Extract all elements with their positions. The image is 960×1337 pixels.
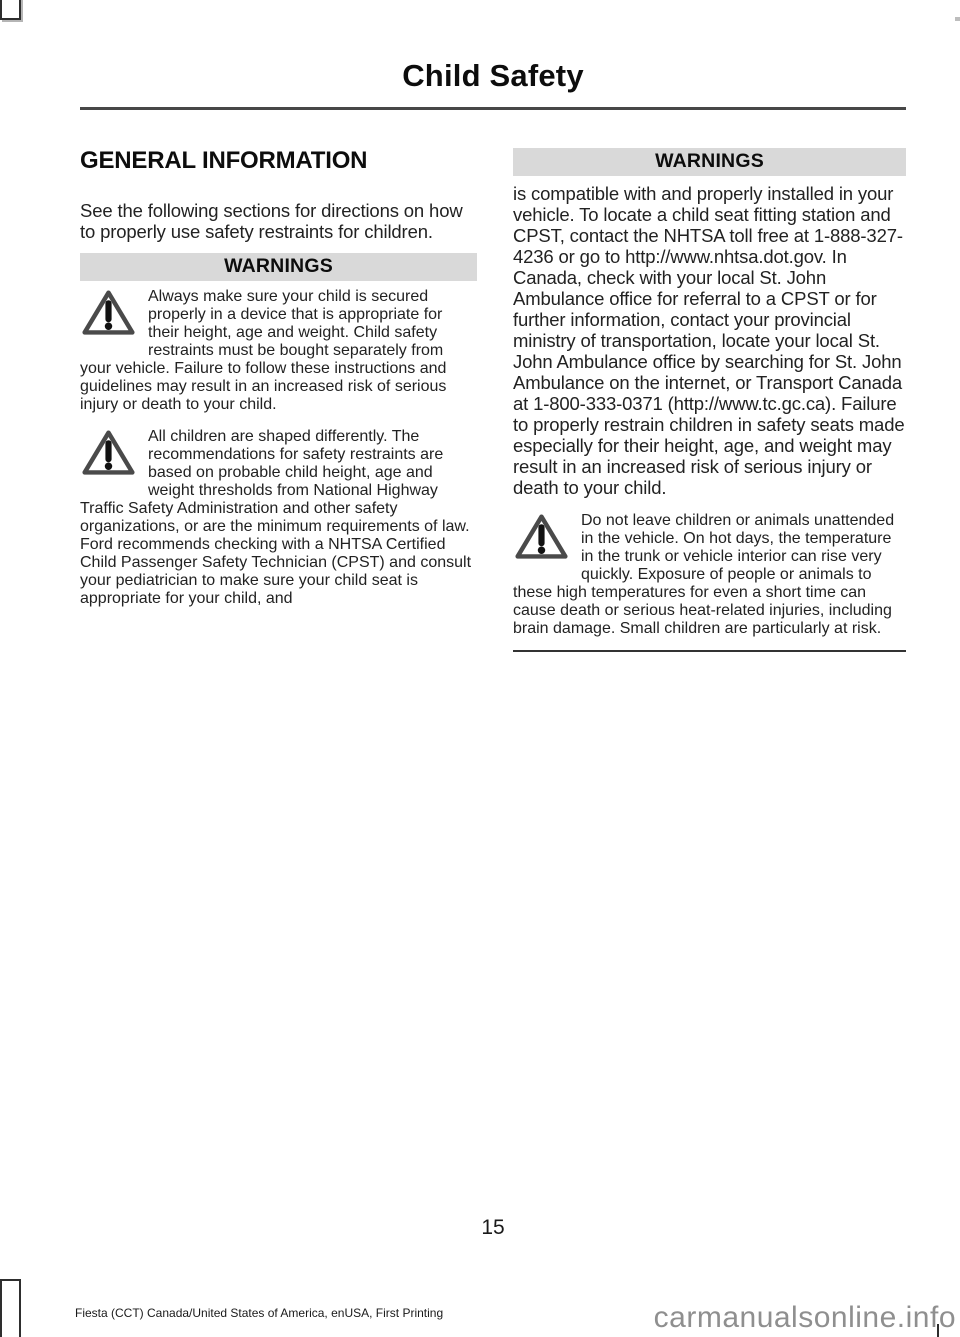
title-rule [80, 107, 906, 110]
manual-page: Child Safety GENERAL INFORMATION See the… [80, 0, 906, 652]
warning-continuation-paragraph: is compatible with and properly installe… [513, 183, 906, 498]
two-column-layout: GENERAL INFORMATION See the following se… [80, 148, 906, 652]
warning-triangle-icon [515, 514, 568, 560]
intro-paragraph: See the following sections for direction… [80, 200, 477, 242]
crop-mark-top-right [955, 17, 960, 21]
crop-mark-top-left [0, 0, 21, 20]
section-heading: GENERAL INFORMATION [80, 148, 477, 174]
section-end-rule [513, 650, 906, 652]
page-number: 15 [80, 1216, 906, 1240]
warning-triangle-icon [82, 430, 135, 476]
warning-item: All children are shaped differently. The… [80, 428, 477, 608]
warning-triangle-icon [82, 290, 135, 336]
warnings-header: WARNINGS [513, 148, 906, 176]
footer-imprint: Fiesta (CCT) Canada/United States of Ame… [75, 1306, 443, 1320]
watermark: carmanualsonline.info [654, 1301, 956, 1335]
warning-item: Do not leave children or animals unatten… [513, 512, 906, 638]
page-title: Child Safety [80, 58, 906, 94]
warning-text: Do not leave children or animals unatten… [513, 512, 894, 637]
warning-text: All children are shaped differently. The… [80, 428, 471, 607]
crop-mark-bottom-left [0, 1279, 21, 1337]
warning-item: Always make sure your child is secured p… [80, 288, 477, 414]
left-column: GENERAL INFORMATION See the following se… [80, 148, 477, 652]
right-column: WARNINGS is compatible with and properly… [513, 148, 906, 652]
warnings-header: WARNINGS [80, 253, 477, 281]
